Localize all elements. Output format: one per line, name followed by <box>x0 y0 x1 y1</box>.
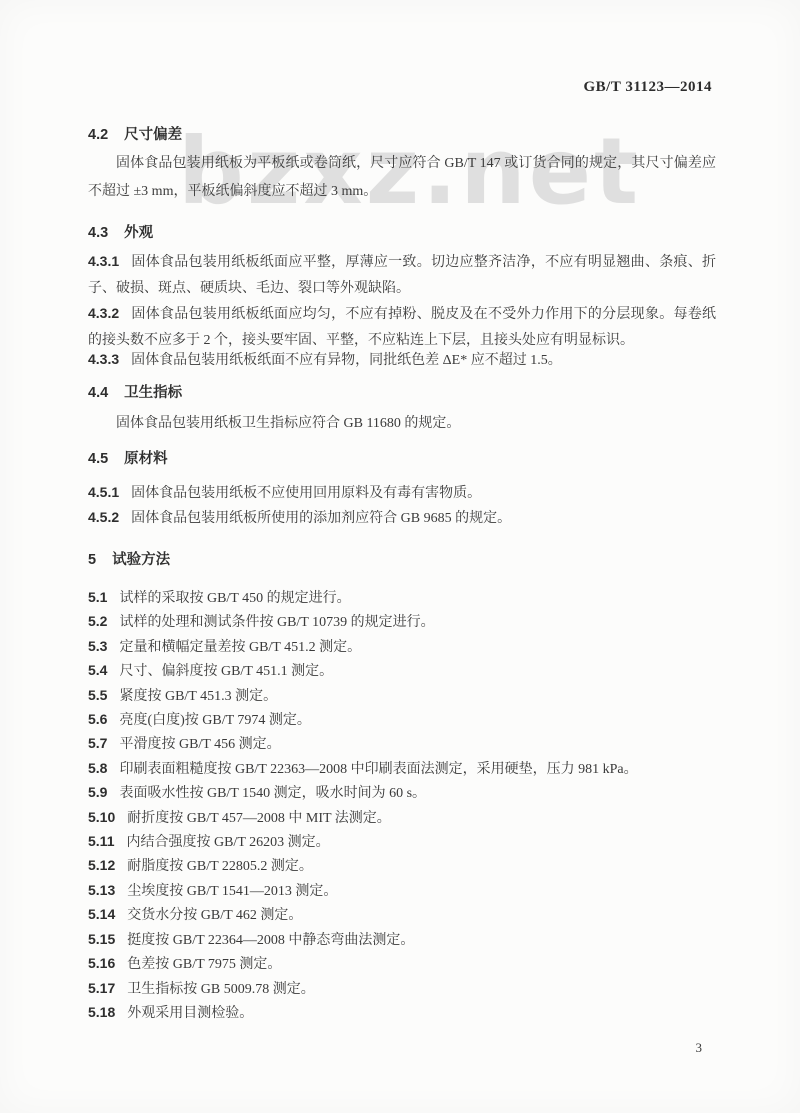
test-method-item-5-12: 5.12耐脂度按 GB/T 22805.2 测定。 <box>88 854 716 878</box>
clause-number: 5.17 <box>88 980 115 996</box>
clause-number: 5.9 <box>88 784 107 800</box>
clause-text: 定量和横幅定量差按 GB/T 451.2 测定。 <box>119 640 361 655</box>
section-number: 4.3 <box>88 225 108 241</box>
clause-number: 5.4 <box>88 662 107 678</box>
section-number: 4.2 <box>88 127 108 143</box>
section-number: 5 <box>88 552 96 568</box>
test-method-item-5-8: 5.8印刷表面粗糙度按 GB/T 22363—2008 中印刷表面法测定，采用硬… <box>88 757 716 781</box>
section-title: 卫生指标 <box>124 385 182 401</box>
clause-text: 外观采用目测检验。 <box>127 1006 253 1021</box>
test-method-item-5-14: 5.14交货水分按 GB/T 462 测定。 <box>88 903 716 927</box>
test-method-item-5-10: 5.10耐折度按 GB/T 457—2008 中 MIT 法测定。 <box>88 806 716 830</box>
content-layer: GB/T 31123—2014 4.2尺寸偏差 固体食品包装用纸板为平板纸或卷筒… <box>0 0 800 1113</box>
clause-number: 5.2 <box>88 613 107 629</box>
test-method-item-5-18: 5.18外观采用目测检验。 <box>88 1001 716 1025</box>
clause-text: 印刷表面粗糙度按 GB/T 22363—2008 中印刷表面法测定，采用硬垫，压… <box>119 762 637 777</box>
clause-number: 5.6 <box>88 711 107 727</box>
section-title: 试验方法 <box>112 552 170 568</box>
clause-text: 耐折度按 GB/T 457—2008 中 MIT 法测定。 <box>127 811 391 826</box>
section-heading-4-3: 4.3外观 <box>88 221 716 242</box>
clause-number: 5.14 <box>88 906 115 922</box>
clause-number: 4.3.1 <box>88 253 119 269</box>
clause-4-5-1: 4.5.1固体食品包装用纸板不应使用回用原料及有毒有害物质。 <box>88 479 716 507</box>
section-number: 4.5 <box>88 451 108 467</box>
clause-text: 试样的采取按 GB/T 450 的规定进行。 <box>119 591 350 606</box>
clause-text: 尺寸、偏斜度按 GB/T 451.1 测定。 <box>119 664 333 679</box>
clause-4-3-3: 4.3.3固体食品包装用纸板纸面不应有异物，同批纸色差 ΔE* 应不超过 1.5… <box>88 346 716 374</box>
clause-number: 5.15 <box>88 931 115 947</box>
test-method-item-5-11: 5.11内结合强度按 GB/T 26203 测定。 <box>88 830 716 854</box>
clause-text: 固体食品包装用纸板纸面应平整，厚薄应一致。切边应整齐洁净，不应有明显翘曲、条痕、… <box>88 255 716 296</box>
clause-number: 4.5.1 <box>88 484 119 500</box>
test-method-item-5-7: 5.7平滑度按 GB/T 456 测定。 <box>88 732 716 756</box>
clause-number: 5.18 <box>88 1004 115 1020</box>
section-title: 原材料 <box>124 451 168 467</box>
clause-number: 5.1 <box>88 589 107 605</box>
test-method-item-5-17: 5.17卫生指标按 GB 5009.78 测定。 <box>88 977 716 1001</box>
clause-text: 交货水分按 GB/T 462 测定。 <box>127 908 302 923</box>
paragraph-4-4: 固体食品包装用纸板卫生指标应符合 GB 11680 的规定。 <box>88 410 716 438</box>
clause-4-5-2: 4.5.2固体食品包装用纸板所使用的添加剂应符合 GB 9685 的规定。 <box>88 504 716 532</box>
section-heading-5: 5试验方法 <box>88 548 716 569</box>
clause-text: 试样的处理和测试条件按 GB/T 10739 的规定进行。 <box>119 615 434 630</box>
section-heading-4-5: 4.5原材料 <box>88 447 716 468</box>
clause-4-3-1: 4.3.1固体食品包装用纸板纸面应平整，厚薄应一致。切边应整齐洁净，不应有明显翘… <box>88 248 716 302</box>
test-method-item-5-13: 5.13尘埃度按 GB/T 1541—2013 测定。 <box>88 879 716 903</box>
clause-text: 平滑度按 GB/T 456 测定。 <box>119 737 280 752</box>
test-method-item-5-3: 5.3定量和横幅定量差按 GB/T 451.2 测定。 <box>88 635 716 659</box>
clause-number: 5.7 <box>88 735 107 751</box>
test-method-item-5-4: 5.4尺寸、偏斜度按 GB/T 451.1 测定。 <box>88 659 716 683</box>
section-heading-4-4: 4.4卫生指标 <box>88 381 716 402</box>
clause-number: 4.3.2 <box>88 305 119 321</box>
page-header-standard-number: GB/T 31123—2014 <box>0 79 712 96</box>
paragraph-4-2: 固体食品包装用纸板为平板纸或卷筒纸，尺寸应符合 GB/T 147 或订货合同的规… <box>88 150 716 206</box>
clause-number: 5.16 <box>88 955 115 971</box>
test-method-item-5-9: 5.9表面吸水性按 GB/T 1540 测定，吸水时间为 60 s。 <box>88 781 716 805</box>
clause-text: 表面吸水性按 GB/T 1540 测定，吸水时间为 60 s。 <box>119 786 426 801</box>
test-method-list: 5.1试样的采取按 GB/T 450 的规定进行。 5.2试样的处理和测试条件按… <box>88 586 716 1025</box>
clause-number: 5.11 <box>88 833 114 849</box>
test-method-item-5-6: 5.6亮度(白度)按 GB/T 7974 测定。 <box>88 708 716 732</box>
clause-number: 5.13 <box>88 882 115 898</box>
clause-text: 内结合强度按 GB/T 26203 测定。 <box>126 835 329 850</box>
clause-text: 固体食品包装用纸板所使用的添加剂应符合 GB 9685 的规定。 <box>131 511 511 526</box>
clause-text: 固体食品包装用纸板纸面应均匀，不应有掉粉、脱皮及在不受外力作用下的分层现象。每卷… <box>88 307 716 348</box>
clause-text: 卫生指标按 GB 5009.78 测定。 <box>127 982 314 997</box>
clause-number: 5.12 <box>88 857 115 873</box>
clause-text: 色差按 GB/T 7975 测定。 <box>127 957 281 972</box>
clause-number: 5.8 <box>88 760 107 776</box>
test-method-item-5-15: 5.15挺度按 GB/T 22364—2008 中静态弯曲法测定。 <box>88 928 716 952</box>
clause-number: 5.10 <box>88 809 115 825</box>
clause-text: 挺度按 GB/T 22364—2008 中静态弯曲法测定。 <box>127 933 414 948</box>
test-method-item-5-2: 5.2试样的处理和测试条件按 GB/T 10739 的规定进行。 <box>88 610 716 634</box>
clause-text: 紧度按 GB/T 451.3 测定。 <box>119 689 277 704</box>
test-method-item-5-5: 5.5紧度按 GB/T 451.3 测定。 <box>88 684 716 708</box>
clause-text: 固体食品包装用纸板不应使用回用原料及有毒有害物质。 <box>131 486 481 501</box>
page-number: 3 <box>696 1040 703 1056</box>
test-method-item-5-16: 5.16色差按 GB/T 7975 测定。 <box>88 952 716 976</box>
clause-number: 4.5.2 <box>88 509 119 525</box>
section-title: 外观 <box>124 225 153 241</box>
clause-text: 尘埃度按 GB/T 1541—2013 测定。 <box>127 884 337 899</box>
clause-number: 4.3.3 <box>88 351 119 367</box>
document-page: bzxz.net GB/T 31123—2014 4.2尺寸偏差 固体食品包装用… <box>0 0 800 1113</box>
section-heading-4-2: 4.2尺寸偏差 <box>88 123 716 144</box>
clause-number: 5.3 <box>88 638 107 654</box>
section-number: 4.4 <box>88 385 108 401</box>
clause-text: 耐脂度按 GB/T 22805.2 测定。 <box>127 859 313 874</box>
test-method-item-5-1: 5.1试样的采取按 GB/T 450 的规定进行。 <box>88 586 716 610</box>
clause-text: 固体食品包装用纸板纸面不应有异物，同批纸色差 ΔE* 应不超过 1.5。 <box>131 353 562 368</box>
clause-text: 亮度(白度)按 GB/T 7974 测定。 <box>119 713 310 728</box>
clause-number: 5.5 <box>88 687 107 703</box>
section-title: 尺寸偏差 <box>124 127 182 143</box>
